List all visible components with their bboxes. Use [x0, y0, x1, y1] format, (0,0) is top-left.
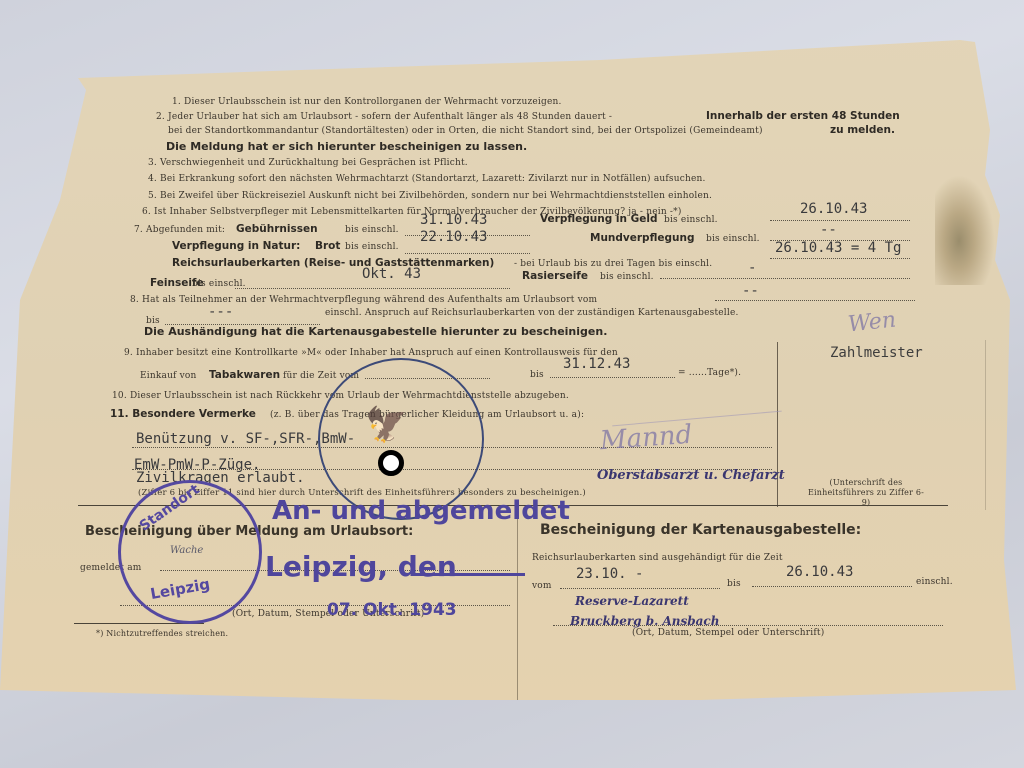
instruction-4: 4. Bei Erkrankung sofort den nächsten We…: [148, 174, 706, 184]
lazarett-stamp-line1: Reserve-Lazarett: [575, 594, 689, 608]
bis-einschl-label: bis einschl.: [345, 242, 399, 252]
karten-text: Reichsurlauberkarten sind ausgehändigt f…: [532, 553, 783, 563]
officer-stamp: Oberstabsarzt u. Chefarzt: [597, 468, 785, 483]
footnote: *) Nichtzutreffendes streichen.: [96, 629, 228, 638]
bis-einschl-label: bis einschl.: [706, 234, 760, 244]
zahlmeister-label: Zahlmeister: [830, 345, 923, 361]
lazarett-stamp-line2: Bruckberg b. Ansbach: [570, 614, 719, 628]
fold-line: [517, 510, 518, 700]
leipzig-stamp: Leipzig, den: [265, 550, 457, 583]
karten-ort-label: (Ort, Datum, Stempel oder Unterschrift): [632, 628, 824, 638]
karten-bis-label: bis: [727, 579, 741, 589]
dotted-line: [560, 588, 720, 589]
item9-bis: bis: [530, 370, 544, 380]
item8-suffix: einschl. Anspruch auf Reichsurlauberkart…: [325, 308, 739, 318]
bis-einschl-label: bis einschl.: [600, 272, 654, 282]
dotted-line: [770, 258, 910, 259]
vermerk-line-3: Zivilkragen erlaubt.: [136, 470, 305, 486]
instruction-2-bold: Innerhalb der ersten 48 Stunden: [706, 110, 900, 122]
item9-prefix: Einkauf von: [140, 371, 197, 381]
instruction-2-bold-end: zu melden.: [830, 124, 895, 136]
reich-label: Reichsurlauberkarten (Reise- und Gaststä…: [172, 257, 494, 269]
karten-heading: Bescheinigung der Kartenausgabestelle:: [540, 522, 861, 538]
mund-label: Mundverpflegung: [590, 232, 694, 244]
einheitsfuehrer-signature-label: (Unterschrift des Einheitsführers zu Zif…: [806, 478, 926, 508]
circle-cursor-marker-icon: [378, 450, 404, 476]
item9-text: 9. Inhaber besitzt eine Kontrollkarte »M…: [124, 348, 618, 358]
aushaendigung-notice: Die Aushändigung hat die Kartenausgabest…: [144, 325, 607, 338]
dotted-line: [752, 586, 912, 587]
dotted-line: [550, 377, 675, 378]
gebuehrnisse-value: 31.10.43: [420, 212, 487, 228]
gebuehrnisse-label: Gebührnissen: [236, 223, 318, 235]
item9-tage: = ......Tage*).: [678, 368, 741, 378]
item11-label: 11. Besondere Vermerke: [110, 408, 256, 420]
item8-bis-value: ---: [208, 304, 233, 320]
natur-label: Verpflegung in Natur:: [172, 240, 300, 252]
rasier-label: Rasierseife: [522, 270, 588, 282]
instruction-2-cont: bei der Standortkommandantur (Standortäl…: [168, 126, 763, 136]
geld-label: Verpflegung in Geld: [540, 213, 658, 225]
item7-label: 7. Abgefunden mit:: [134, 225, 225, 235]
instruction-5: 5. Bei Zweifel über Rückreiseziel Auskun…: [148, 191, 712, 201]
karten-bis-value: 26.10.43: [786, 564, 853, 580]
round-stamp-center: Wache: [170, 545, 203, 556]
bis-einschl-label: bis einschl.: [345, 225, 399, 235]
karten-einschl-label: einschl.: [916, 577, 953, 587]
item8-text: 8. Hat als Teilnehmer an der Wehrmachtve…: [130, 295, 597, 305]
meldung-notice: Die Meldung hat er sich hierunter besche…: [166, 140, 527, 153]
karten-vom-value: 23.10. -: [576, 566, 643, 582]
item8-vom-value: --: [742, 283, 759, 299]
rasier-value: -: [748, 260, 756, 276]
tabak-label: Tabakwaren: [209, 369, 280, 381]
bis-einschl-label: bis einschl.: [664, 215, 718, 225]
feinseife-value: Okt. 43: [362, 266, 421, 282]
geld-value: 26.10.43: [800, 201, 867, 217]
eagle-emblem-icon: 🦅: [365, 405, 407, 445]
dotted-line: [660, 278, 910, 279]
karten-vom-label: vom: [532, 581, 552, 591]
mund-value: --: [820, 222, 837, 238]
tabak-bis-value: 31.12.43: [563, 356, 630, 372]
dotted-line: [715, 300, 915, 301]
brot-value: 22.10.43: [420, 229, 487, 245]
an-abgemeldet-stamp: An- und abgemeldet: [272, 496, 570, 526]
reich-value: 26.10.43 = 4 Tg: [775, 240, 901, 256]
brot-label: Brot: [315, 240, 340, 252]
reich-suffix: - bei Urlaub bis zu drei Tagen bis einsc…: [514, 259, 712, 269]
stamp-date: 07. Okt. 1943: [327, 600, 457, 620]
column-divider: [985, 340, 986, 510]
dotted-line: [235, 288, 510, 289]
handwritten-signature: Wen: [847, 308, 897, 338]
instruction-3: 3. Verschwiegenheit und Zurückhaltung be…: [148, 158, 468, 168]
instruction-2: 2. Jeder Urlauber hat sich am Urlaubsort…: [156, 112, 612, 122]
dotted-line: [770, 220, 910, 221]
stamp-underline: [415, 573, 525, 576]
dotted-line: [405, 253, 530, 254]
paper-stain: [935, 175, 995, 285]
instruction-1: 1. Dieser Urlaubsschein ist nur den Kont…: [172, 97, 562, 107]
